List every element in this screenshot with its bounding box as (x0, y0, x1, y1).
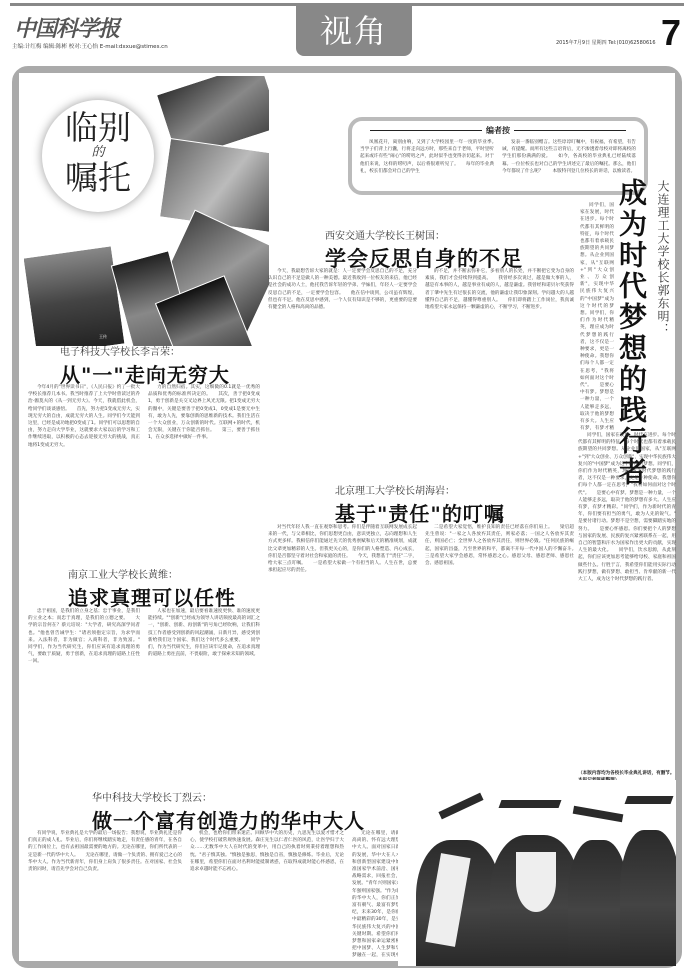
feature-title-line1: 临别 (42, 110, 154, 146)
article-column: 今年4月的"世界读书日"，《人民日报》约了一批大学校长推荐几本书。我当时推荐了上… (28, 384, 140, 562)
article-hust-header: 华中科技大学校长丁烈云： 做一个富有创造力的华中大人 (92, 789, 365, 834)
feature-title-badge: 临别 的 嘱托 (42, 100, 154, 212)
article-column: 力的自然归宿。其实，这细微的0.1就是一优秀的品质和优秀的标准所决定的。 其次，… (148, 384, 260, 562)
graduates-photo (398, 780, 676, 966)
photo-credit: 王传 (99, 334, 107, 340)
article-dut-col-top: 同学们，国家在发展，时代在进步。每个时代都有其鲜明的特征，每个时代也都有着承载民… (580, 202, 614, 432)
article-bit-header: 北京理工大学校长胡海岩： 基于"责任"的叮嘱 (335, 482, 505, 527)
article-njtech-body: 忠于祖国，是我们的立身之基；忠于事业，是我们的立业之本；而忠于真理，是我们的立德… (28, 608, 260, 776)
graduate-cap (573, 806, 624, 823)
article-kicker: 北京理工大学校长胡海岩： (335, 482, 505, 497)
masthead-credits: 主编:计红梅 编辑:陈彬 校对:王心怡 E-mail:dxxue@stimes.… (12, 42, 168, 50)
newspaper-logo: 中国科学报 (14, 12, 119, 43)
graduate-cap (625, 796, 674, 804)
article-hust-body: 有同学说，毕业典礼是大学的最后一场报告；我想说，毕业典礼还是你们真正的成人礼。毕… (28, 830, 344, 960)
article-headline: 追求真理可以任性 (68, 582, 236, 611)
article-kicker: 西安交通大学校长王树国： (325, 227, 523, 242)
editor-note-col1: 凤凰花开，离别由响，又到了大学校园里一年一度的毕业季。 当学子们背上行囊，行将走… (360, 139, 494, 194)
graduate-cap (438, 793, 483, 820)
date-line: 2015年7月9日 星期四 Tel:(010)62580616 (556, 39, 656, 46)
graduate-hood (516, 852, 556, 912)
graduate-figure (620, 830, 676, 966)
article-column: 人家也在加速，最后要看谁速度更快、谁的速度更能持续。""创新"已经成为领导人讲话… (148, 608, 260, 776)
article-headline: 基于"责任"的叮嘱 (335, 498, 505, 527)
article-column: 对当代年轻人我一直在观察和思考。你们是伴随着互联网发展成长起来的一代，与父辈相比… (268, 524, 417, 778)
article-kicker: 电子科技大学校长李言荣： (60, 343, 230, 358)
president-photo (24, 245, 126, 346)
section-tab: 视角 (296, 6, 412, 56)
graduate-figure (568, 840, 628, 966)
editor-note-box: 编者按 凤凰花开，离别由响，又到了大学校园里一年一度的毕业季。 当学子们背上行囊… (348, 117, 648, 195)
article-uestc-body: 今年4月的"世界读书日"，《人民日报》约了一批大学校长推荐几本书。我当时推荐了上… (28, 384, 260, 562)
article-xjtu-body: 今天，我最想告诉大家的就是：人一定要学会反思自己的不足，充分认识自己的不足是做人… (268, 268, 574, 474)
article-column: 忠于祖国，是我们的立身之基；忠于事业，是我们的立业之本；而忠于真理，是我们的立德… (28, 608, 140, 776)
article-kicker-vertical: 大连理工大学校长郭东明： (655, 180, 672, 336)
article-njtech-header: 南京工业大学校长黄维： 追求真理可以任性 (68, 566, 236, 611)
article-kicker: 南京工业大学校长黄维： (68, 566, 236, 581)
editor-note-title: 编者按 (366, 125, 630, 136)
article-bit-body: 对当代年轻人我一直在观察和思考。你们是伴随着互联网发展成长起来的一代，与父辈相比… (268, 524, 574, 778)
article-column: 今天，我最想告诉大家的就是：人一定要学会反思自己的不足，充分认识自己的不足是做人… (268, 268, 417, 474)
article-column: 的不足，并不断去弥补它，多看别人的长处，并不断把它变为自身的素质，我们才会持续得… (425, 268, 574, 474)
article-xjtu-header: 西安交通大学校长王树国： 学会反思自身的不足 (325, 227, 523, 273)
article-column: 二是希望大家觉悟，维护良知的责任已经落在你们肩上。 梁启超先生曾说："一家之人各… (425, 524, 574, 778)
graduate-cap (499, 800, 562, 808)
feature-title-line2: 嘱托 (42, 160, 154, 196)
article-column: 机会，也给你们带来迷茫。回顾华中大的历史，九思先生以爱才惜才之心，使学校打破常规… (190, 830, 344, 960)
article-kicker: 华中科技大学校长丁烈云： (92, 789, 365, 804)
article-column: 有同学说，毕业典礼是大学的最后一场报告；我想说，毕业典礼还是你们真正的成人礼。毕… (28, 830, 182, 960)
article-dut-col-main: 同学们，国家在发展，时代在进步。每个时代都有其鲜明的特征，每个时代也都有着承载民… (578, 432, 676, 768)
page-number: 7 (661, 12, 681, 54)
article-uestc-header: 电子科技大学校长李言荣： 从"一"走向无穷大 (60, 343, 230, 388)
